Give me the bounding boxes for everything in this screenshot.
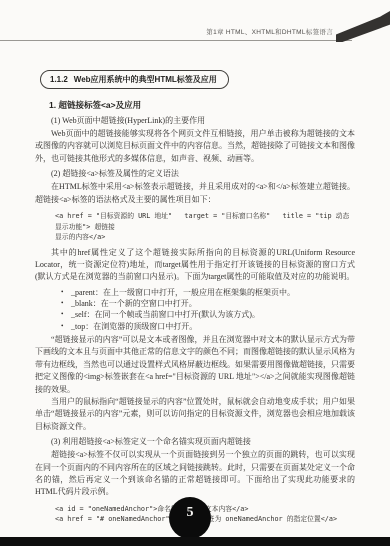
heading-hyperlink-tag: 1. 超链接标签<a>及应用	[49, 99, 355, 111]
section-number: 1.1.2	[50, 75, 68, 84]
footer-bar-decoration	[0, 537, 390, 546]
book-page: 第1章 HTML、XHTML和DHTML标签语言 1.1.2Web应用系统中的典…	[0, 0, 390, 546]
list-item-text: _blank：在一个新的空窗口中打开。	[71, 298, 197, 309]
paragraph-hyperlink-role: Web页面中的超链接能够实现将各个网页文件互相链接，用户单击被称为超链接的文本或…	[35, 128, 355, 165]
corner-wedge-decoration	[336, 11, 390, 42]
target-values-list: • _parent：在上一级窗口中打开，一般应用在框架集的框架页中。 • _bl…	[35, 287, 355, 332]
paragraph-named-anchor: 超链接<a>标签不仅可以实现从一个页面链接到另一个独立的页面的跳转，也可以实现在…	[35, 449, 355, 499]
code-line: <a href = "目标资源的 URL 地址" target = "目标窗口名…	[55, 211, 355, 232]
header-rule	[0, 40, 352, 41]
running-head-chapter: 第1章 HTML、XHTML和DHTML标签语言	[206, 27, 333, 36]
bullet-icon: •	[61, 287, 71, 298]
paragraph-mouse-pointer: 当用户的鼠标指向“超链接显示的内容”位置处时，鼠标就会自动地变成手状；用户如果单…	[35, 396, 355, 433]
list-item: • _parent：在上一级窗口中打开，一般应用在框架集的框架页中。	[61, 287, 355, 298]
subheading-3: (3) 利用超链接<a>标签定义一个命名锚实现页面内超链接	[35, 436, 355, 447]
list-item-text: _self：在同一个帧或当前窗口中打开(默认为该方式)。	[71, 309, 260, 320]
list-item: • _blank：在一个新的空窗口中打开。	[61, 298, 355, 309]
bullet-icon: •	[61, 298, 71, 309]
list-item-text: _top：在浏览器的顶级窗口中打开。	[71, 321, 197, 332]
code-line: 显示的内容</a>	[55, 232, 355, 243]
list-item: • _self：在同一个帧或当前窗口中打开(默认为该方式)。	[61, 309, 355, 320]
page-number: 5	[187, 505, 194, 521]
list-item: • _top：在浏览器的顶级窗口中打开。	[61, 321, 355, 332]
subheading-2: (2) 超链接<a>标签及属性的定义语法	[35, 168, 355, 179]
list-item-text: _parent：在上一级窗口中打开，一般应用在框架集的框架页中。	[71, 287, 295, 298]
paragraph-href-target: 其中的href属性定义了这个超链接实际所指向的目标资源的URL(Uniform …	[35, 247, 355, 284]
page-number-badge: 5	[169, 497, 211, 539]
bullet-icon: •	[61, 309, 71, 320]
subheading-1: (1) Web页面中超链接(HyperLink)的主要作用	[35, 115, 355, 126]
section-title-box: 1.1.2Web应用系统中的典型HTML标签及应用	[40, 70, 229, 89]
bullet-icon: •	[61, 321, 71, 332]
code-block-anchor-syntax: <a href = "目标资源的 URL 地址" target = "目标窗口名…	[55, 211, 355, 243]
section-title: Web应用系统中的典型HTML标签及应用	[74, 75, 217, 84]
page-content: 1.1.2Web应用系统中的典型HTML标签及应用 1. 超链接标签<a>及应用…	[35, 69, 355, 529]
paragraph-syntax-intro: 在HTML标签中采用<a>标签表示超链接，并且采用成对的<a>和</a>标签建立…	[35, 181, 355, 206]
paragraph-link-display-style: “超链接显示的内容”可以是文本或者图像，并且在浏览器中对文本的默认显示方式为带下…	[35, 334, 355, 396]
